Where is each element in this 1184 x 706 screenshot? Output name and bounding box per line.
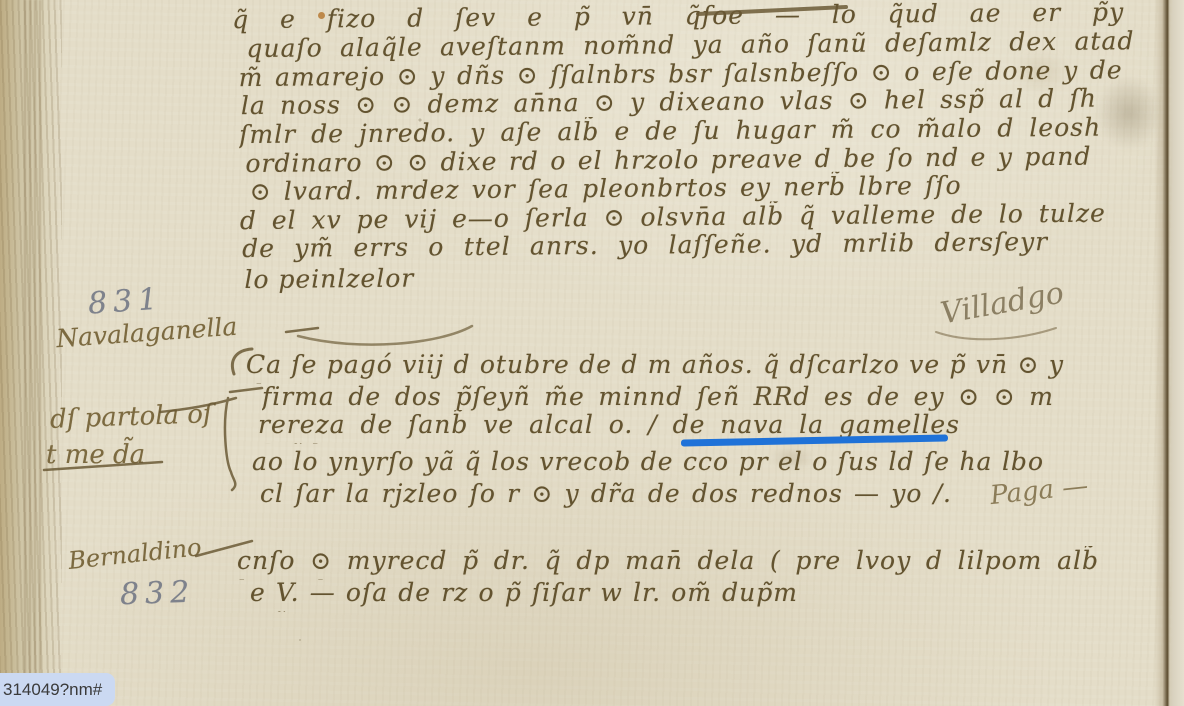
signature-villadgo: Villadgo	[938, 275, 1066, 331]
manuscript-line: ao lo ynyrſo yã q̃ los vrecob de cco pr …	[252, 447, 1044, 481]
manuscript-scan: q̃ e fizo d ſev e p̃ vn̄ q̃ſoe — lo q̃ud…	[0, 0, 1184, 706]
manuscript-line: cnſo ⊙ myrecd p̃ dr. q̃ dp man̄ dela ( p…	[237, 546, 1099, 580]
manuscript-line: de ym̃ errs o ttel anrs. yo laſſeñe. yd …	[242, 227, 1048, 268]
browser-status-bar: 314049?nm#	[0, 673, 115, 706]
margin-note-bartolome-line2: t me d̃a	[46, 440, 145, 470]
entry-block-top: q̃ e fizo d ſev e p̃ vn̄ q̃ſoe — lo q̃ud…	[0, 0, 1184, 5]
manuscript-line: cl ſar la rjzleo ſo r ⊙ y dr̃a de dos re…	[260, 479, 952, 513]
margin-note-navalaganella: Navalaganella	[55, 312, 238, 354]
manuscript-line: e V. — oſa de rz o p̃ ſiſar w lr. om̃ du…	[250, 578, 798, 612]
status-bar-url: 314049?nm#	[3, 680, 102, 700]
folio-number-832: 832	[119, 575, 195, 613]
manuscript-line: Ca ſe pagó viij d otubre de d m años. q̃…	[246, 350, 1064, 384]
folio-number-831: 831	[87, 281, 165, 321]
margin-note-bartolome-line1: dſ partola oſ	[50, 399, 214, 435]
manuscript-line: lo peinlzelor	[244, 263, 484, 299]
gutter-streak	[24, 0, 42, 706]
margin-note-bernaldino: Bernaldino	[67, 533, 203, 575]
